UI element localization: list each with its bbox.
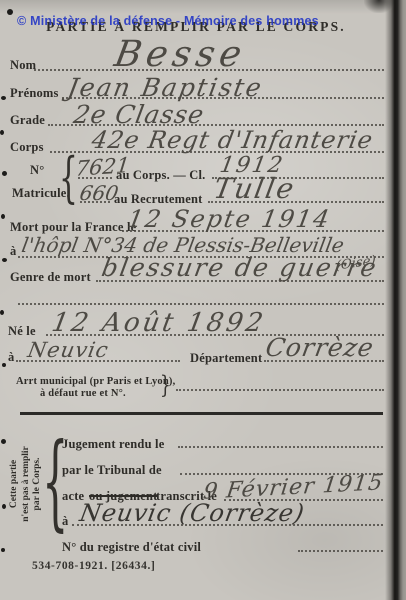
grade-label: Grade (10, 113, 45, 128)
mort-date-value: 12 Septe 1914 (126, 205, 334, 233)
ink-speck (2, 363, 6, 367)
nom-label: Nom (10, 58, 36, 73)
nom-value: Besse (111, 34, 249, 75)
jugement-line (178, 446, 383, 448)
side-note-line2: n'est pas à remplir (21, 432, 33, 536)
corps-label: Corps (10, 140, 44, 155)
ink-speck (1, 96, 6, 100)
ink-speck (0, 130, 4, 135)
matricule-corps-number: 7621 (74, 153, 131, 181)
section-divider (20, 412, 383, 415)
ne-lieu-label: à (8, 350, 14, 365)
departement-label: Département (190, 351, 262, 366)
prenoms-value: Jean Baptiste (65, 73, 265, 102)
departement-value: Corrèze (263, 333, 376, 362)
arr-label-line1: Arrt municipal (pr Paris et Lyon), (16, 376, 175, 387)
ink-speck (0, 310, 4, 315)
ink-speck (2, 171, 7, 176)
registre-label: N° du registre d'état civil (62, 540, 201, 555)
jugement-label: Jugement rendu le (62, 437, 164, 452)
ne-date-value: 12 Août 1892 (49, 308, 268, 338)
ink-speck (7, 9, 13, 15)
corps-value: 42e Regt d'Infanterie (90, 126, 376, 154)
ink-speck (2, 504, 6, 509)
tribunal-label: par le Tribunal de (62, 463, 162, 478)
matricule-no-label: N° (30, 163, 44, 178)
ink-speck (2, 258, 7, 262)
matricule-recr-number: 660 (78, 181, 120, 205)
genre-label: Genre de mort (10, 270, 91, 285)
mort-lieu-label: à (10, 244, 16, 259)
ne-lieu-value: Neuvic (26, 338, 111, 362)
scan-corner-smudge (364, 0, 394, 13)
grade-value: 2e Classe (71, 100, 206, 129)
prenoms-label: Prénoms (10, 86, 59, 101)
arr-label-line2: à défaut rue et N°. (40, 388, 126, 399)
print-reference: 534-708-1921. [26434.] (32, 560, 155, 572)
archive-watermark: © Ministère de la défense - Mémoire des … (17, 14, 319, 28)
genre-value: blessure de guerre (99, 253, 380, 282)
au-corps-label: au Corps. — Cl. (116, 168, 205, 183)
recr-place-value: Tulle (211, 172, 298, 205)
arr-brace: } (160, 372, 171, 398)
continuation-line (18, 303, 384, 305)
arr-line (176, 389, 384, 391)
side-note-line1: Cette partie (9, 432, 21, 536)
scanned-death-record: PARTIE À REMPLIR PAR LE CORPS. © Ministè… (0, 0, 406, 600)
ink-speck (1, 214, 5, 219)
acte-lieu-value: Neuvic (Corrèze) (78, 499, 307, 527)
ink-speck (1, 548, 5, 552)
ne-label: Né le (8, 324, 36, 339)
registre-line (298, 550, 383, 552)
acte-lieu-label: à (62, 514, 68, 529)
scan-edge-shadow (385, 0, 406, 600)
ink-speck (1, 439, 6, 444)
